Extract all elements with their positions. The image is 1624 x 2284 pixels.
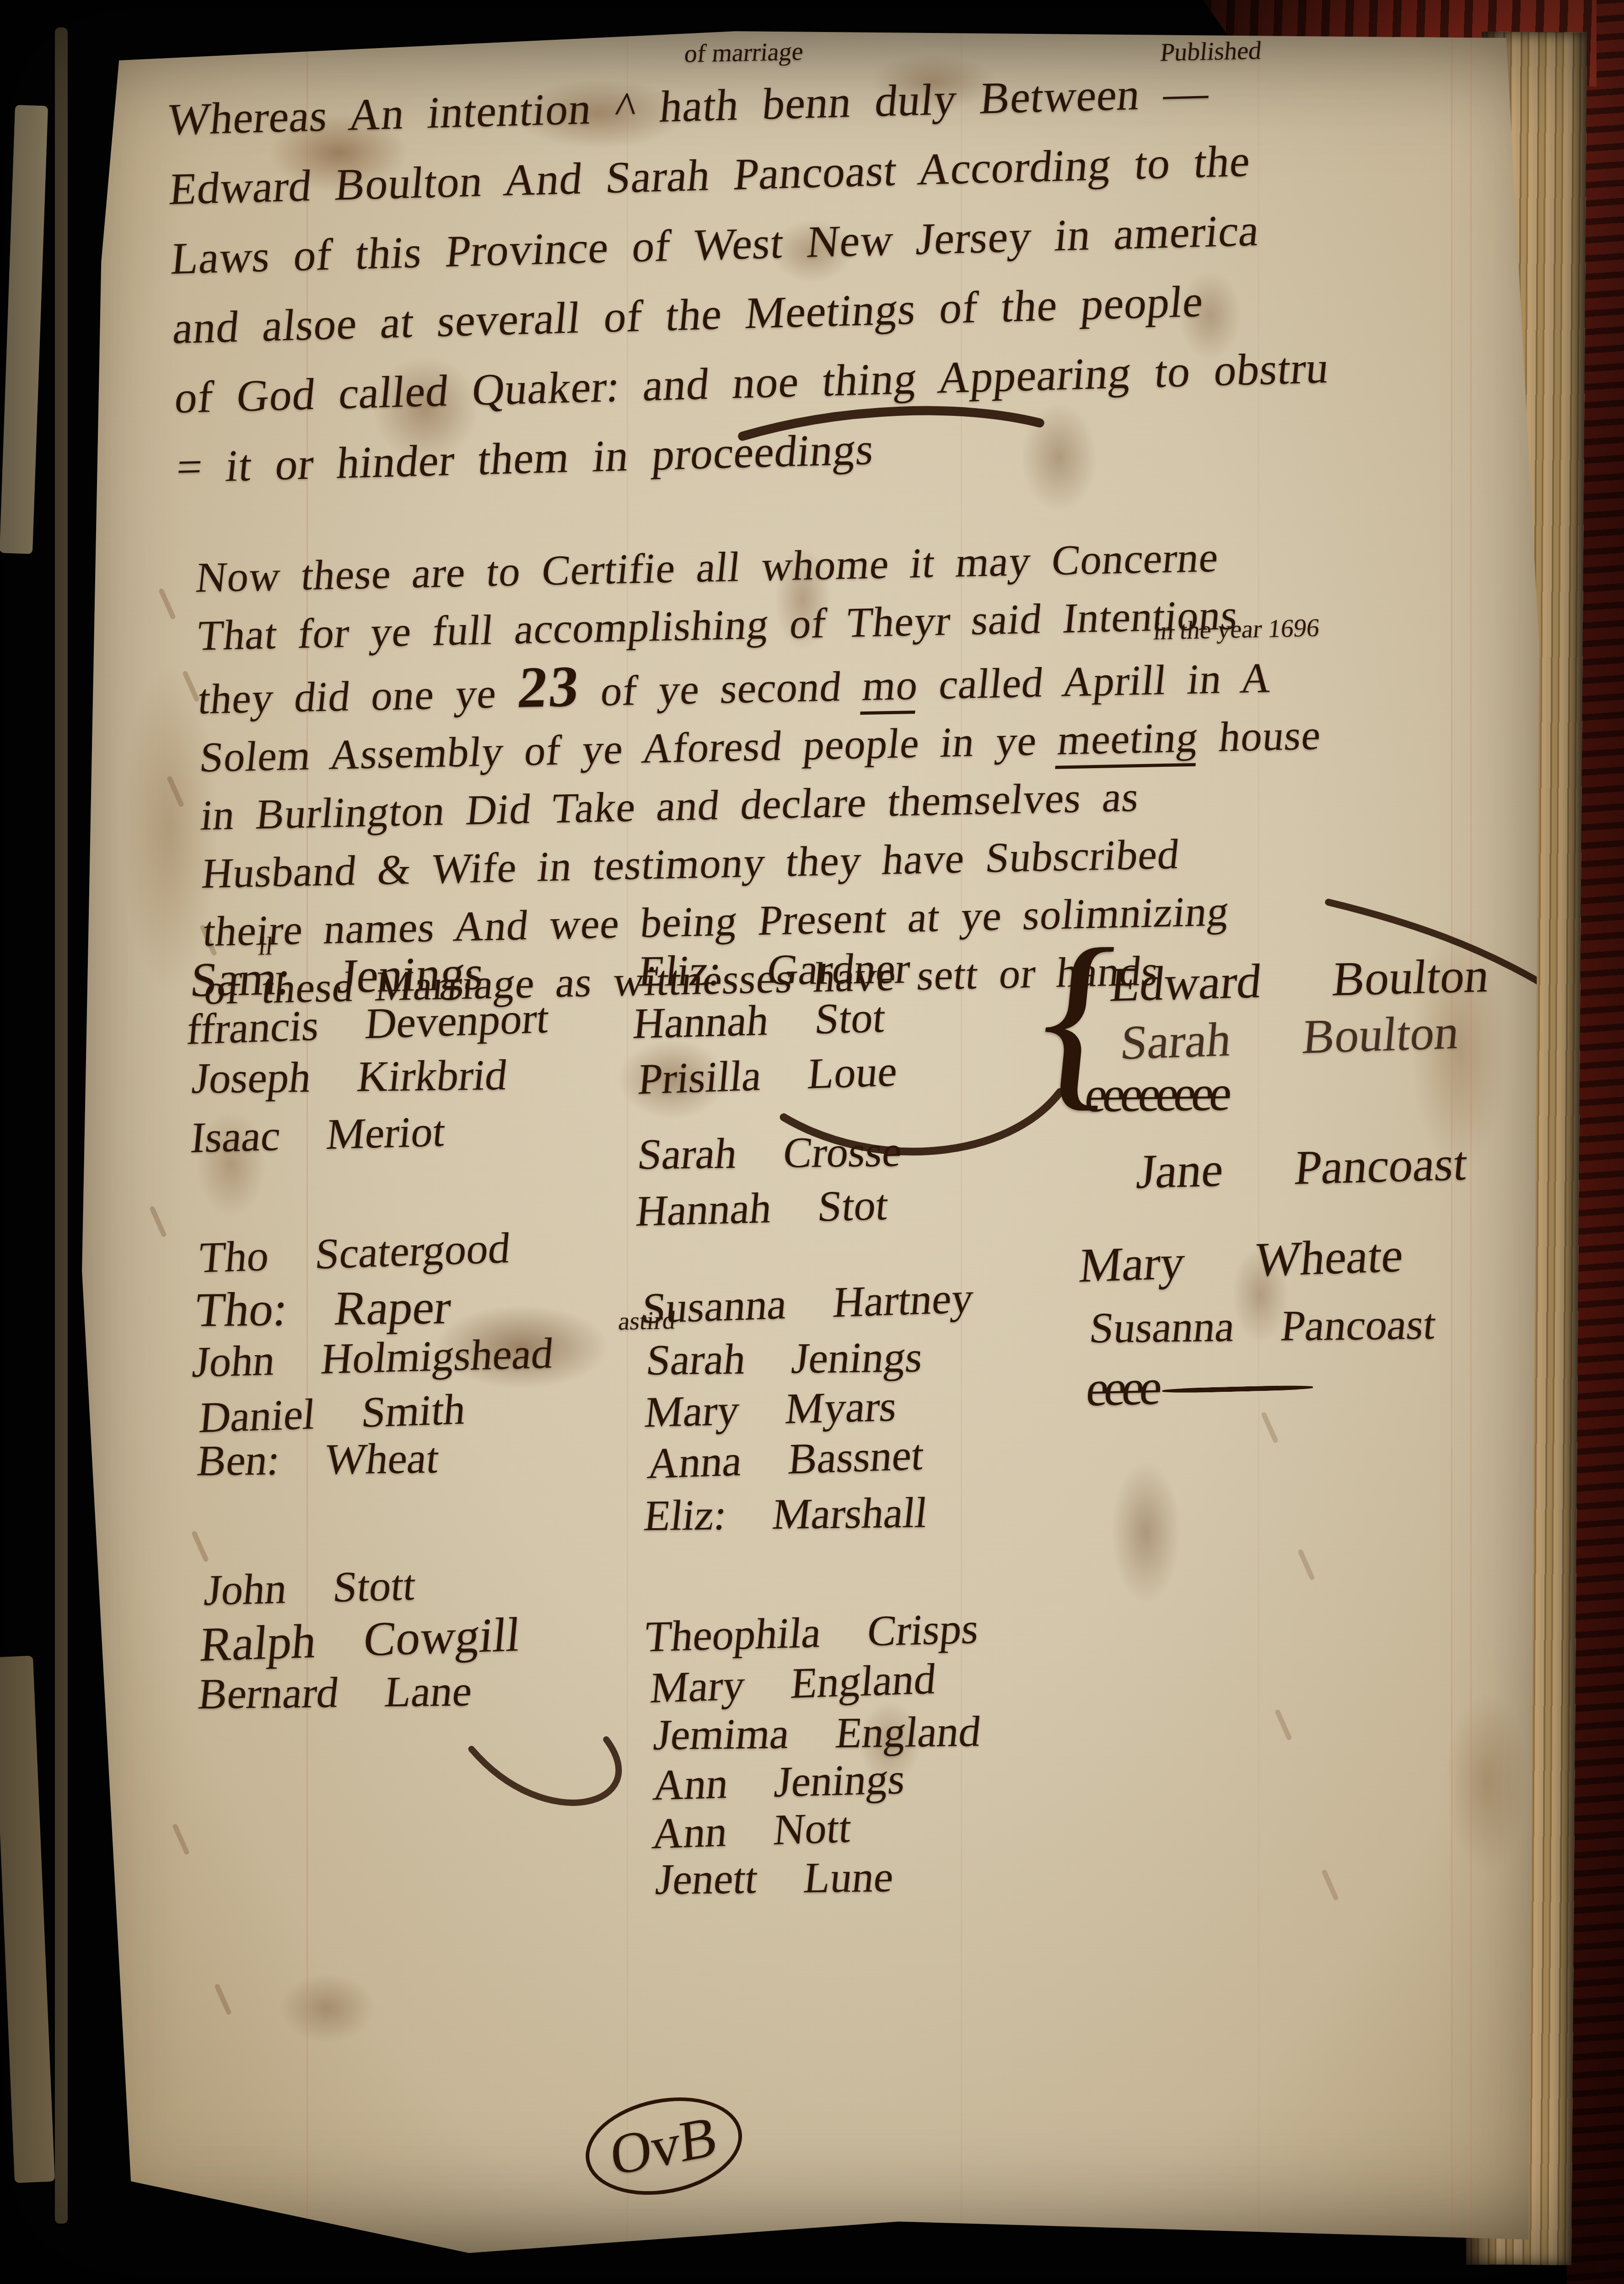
signature: John Stott (202, 1560, 418, 1616)
signature: Ann Nott (650, 1802, 853, 1858)
signature: Jane Pancoast (1135, 1136, 1470, 1200)
monogram-letters: OvB (608, 2103, 719, 2189)
signature: Mary England (648, 1653, 938, 1713)
underlined-word: mo (860, 662, 921, 715)
signature-groom: Edward Boulton (1108, 948, 1491, 1013)
underlined-word: meeting (1055, 714, 1201, 769)
inserted-text-year: in the year 1696 (1152, 613, 1321, 646)
marginal-annotation: astird (617, 1306, 677, 1336)
opposite-page-edge (0, 105, 48, 554)
signature: Eliz: Marshall (641, 1487, 930, 1541)
signature: Ralph Cowgill (198, 1606, 522, 1673)
signature: Sarah Jenings (644, 1331, 925, 1385)
signature: Tho: Raper (193, 1279, 454, 1338)
signature-bride: Sarah Boulton (1118, 1004, 1461, 1071)
manuscript-page: Whereas An intention ^ hath benn duly Be… (69, 16, 1551, 2257)
inserted-text-of-marriage: of marriage (683, 37, 805, 68)
signature: Joseph Kirkbrid (190, 1050, 510, 1104)
opposite-page-edge (0, 1656, 55, 2183)
day-number: 23 (515, 653, 584, 720)
signature: Isaac Meriot (188, 1106, 447, 1163)
line-fragment: they did one ye (196, 669, 520, 723)
signature: Bernard Lane (196, 1665, 475, 1719)
pen-scribble: eeee (1084, 1358, 1161, 1418)
signature: Susanna Hartney (640, 1272, 975, 1334)
inserted-text-published: Published (1159, 36, 1263, 67)
signature: Hannah Stot (634, 1180, 891, 1236)
signature: John Holmigshead (190, 1328, 555, 1387)
signature: Ann Jenings (651, 1753, 908, 1810)
signature: Ben: Wheat (195, 1433, 442, 1486)
signature: Mary Myars (643, 1380, 899, 1437)
signature: Susanna Pancoast (1087, 1299, 1438, 1353)
opposite-page-edge (55, 27, 68, 2224)
signature: Jenett Lune (653, 1852, 896, 1905)
signature: Anna Bassnet (645, 1429, 926, 1489)
intro-paragraph: Whereas An intention ^ hath benn duly Be… (167, 55, 1332, 502)
pen-scribble: eeeeeeee (1082, 1064, 1231, 1124)
pen-flourish (471, 1739, 619, 1805)
line-fragment: house (1196, 711, 1323, 761)
clerk-monogram: OvB (577, 2085, 751, 2208)
line-fragment: of ye second (577, 663, 865, 716)
signature: Mary Wheate (1077, 1227, 1405, 1293)
signature: Hannah Stot (631, 992, 888, 1049)
signature: Sarah Crosse (635, 1126, 905, 1180)
signature: Jemima England (651, 1706, 984, 1760)
line-fragment: called Aprill in A (916, 654, 1274, 709)
signature: Prisilla Loue (636, 1045, 899, 1104)
signature: Tho Scatergood (197, 1223, 512, 1283)
signature: Eliz: Gardner (636, 943, 913, 997)
manuscript-content: Whereas An intention ^ hath benn duly Be… (48, 0, 1575, 2272)
signature: Theophila Crisps (642, 1603, 981, 1662)
